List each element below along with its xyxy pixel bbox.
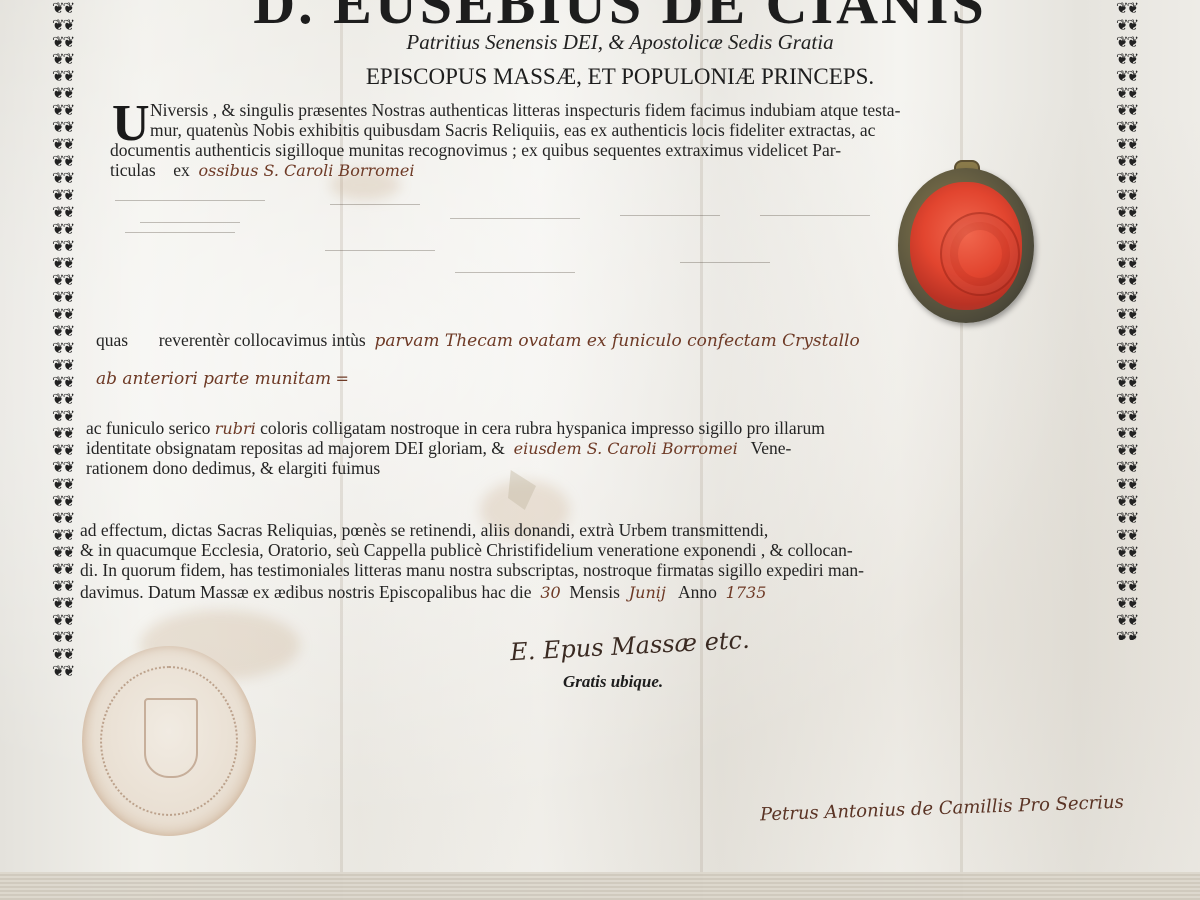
printed-text: reverentèr collocavimus intùs bbox=[159, 330, 366, 350]
text-line: Niversis , & singulis præsentes Nostras … bbox=[150, 100, 900, 120]
printed-text: Mensis bbox=[569, 582, 620, 602]
handwritten-text: parvam Thecam ovatam ex funiculo confect… bbox=[374, 331, 859, 351]
handwritten-text: ossibus S. Caroli Borromei bbox=[198, 161, 414, 180]
text-line: & in quacumque Ecclesia, Oratorio, seù C… bbox=[80, 540, 853, 560]
ruled-line bbox=[330, 204, 420, 205]
printed-text: ex bbox=[173, 160, 190, 180]
printed-text: ac funiculo serico bbox=[86, 418, 210, 438]
printed-text: quas bbox=[96, 330, 128, 350]
text-line: documentis authenticis sigilloque munita… bbox=[110, 140, 841, 160]
text-line: quas reverentèr collocavimus intùs parva… bbox=[96, 330, 860, 351]
ruled-line bbox=[760, 215, 870, 216]
ruled-line bbox=[620, 215, 720, 216]
red-wax bbox=[910, 182, 1022, 310]
document-subtitle-2: EPISCOPUS MASSÆ, ET POPULONIÆ PRINCEPS. bbox=[110, 64, 1130, 90]
text-line: ticulas ex ossibus S. Caroli Borromei bbox=[110, 160, 415, 181]
seal-impression bbox=[940, 212, 1020, 296]
ruled-line bbox=[455, 272, 575, 273]
text-line: identitate obsignatam repositas ad major… bbox=[86, 438, 791, 459]
text-line: ac funiculo serico rubri coloris colliga… bbox=[86, 418, 825, 439]
handwritten-text: eiusdem S. Caroli Borromei bbox=[514, 439, 738, 458]
text-line: rationem dono dedimus, & elargiti fuimus bbox=[86, 458, 380, 478]
fabric-backing bbox=[0, 872, 1200, 900]
handwritten-dash: = bbox=[336, 369, 349, 388]
gratis-note: Gratis ubique. bbox=[563, 672, 663, 692]
ruled-line bbox=[450, 218, 580, 219]
text-line: davimus. Datum Massæ ex ædibus nostris E… bbox=[80, 582, 766, 603]
right-printed-border: ❦❦❦❦❦❦❦❦❦❦❦❦❦❦❦❦❦❦❦❦❦❦❦❦❦❦❦❦❦❦❦❦❦❦❦❦❦❦❦❦… bbox=[1116, 0, 1144, 640]
printed-text: Vene- bbox=[751, 438, 792, 458]
printed-text: coloris colligatam nostroque in cera rub… bbox=[260, 418, 825, 438]
text-line: mur, quatenùs Nobis exhibitis quibusdam … bbox=[150, 120, 875, 140]
embossed-paper-seal bbox=[82, 646, 256, 836]
printed-text: ticulas bbox=[110, 160, 156, 180]
wax-seal-reliquary bbox=[898, 160, 1038, 325]
handwritten-text: rubri bbox=[215, 419, 256, 438]
text-line: ad effectum, dictas Sacras Reliquias, pœ… bbox=[80, 520, 768, 540]
ruled-line bbox=[115, 200, 265, 201]
ruled-line bbox=[680, 262, 770, 263]
printed-text: Anno bbox=[678, 582, 717, 602]
handwritten-day: 30 bbox=[540, 583, 560, 602]
handwritten-year: 1735 bbox=[726, 583, 767, 602]
handwritten-month: Junij bbox=[629, 583, 666, 602]
fold-line bbox=[960, 0, 963, 900]
handwritten-text: ab anteriori parte munitam bbox=[96, 369, 331, 389]
document-subtitle-1: Patritius Senensis DEI, & Apostolicæ Sed… bbox=[110, 30, 1130, 55]
printed-text: davimus. Datum Massæ ex ædibus nostris E… bbox=[80, 582, 532, 602]
text-line: ab anteriori parte munitam = bbox=[96, 368, 349, 389]
left-printed-border: ❦❦❦❦❦❦❦❦❦❦❦❦❦❦❦❦❦❦❦❦❦❦❦❦❦❦❦❦❦❦❦❦❦❦❦❦❦❦❦❦… bbox=[52, 0, 80, 680]
ruled-line bbox=[325, 250, 435, 251]
ruled-line bbox=[125, 232, 235, 233]
text-line: di. In quorum fidem, has testimoniales l… bbox=[80, 560, 864, 580]
coat-of-arms-icon bbox=[144, 698, 198, 778]
printed-text: identitate obsignatam repositas ad major… bbox=[86, 438, 505, 458]
ruled-line bbox=[140, 222, 240, 223]
